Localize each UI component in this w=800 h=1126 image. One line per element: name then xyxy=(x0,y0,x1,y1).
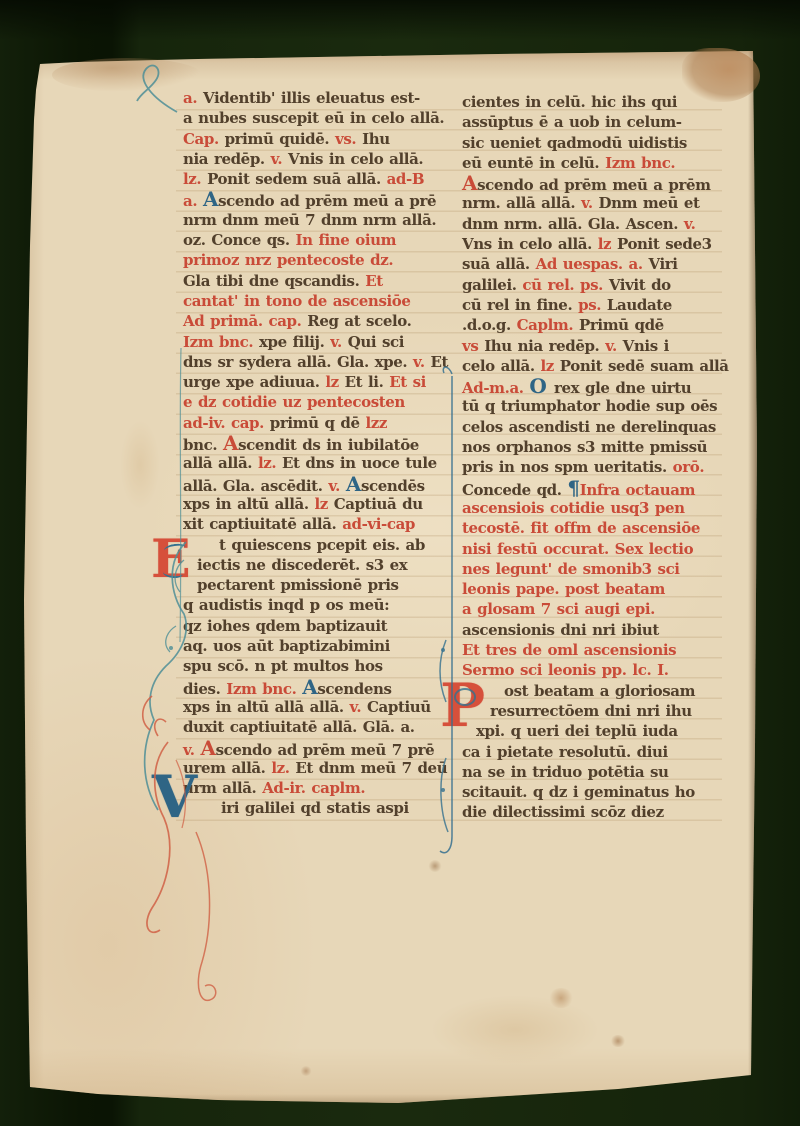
stain-middle xyxy=(428,860,442,872)
inline-initial: A xyxy=(203,187,218,211)
text-segment: Ad primā. cap. xyxy=(183,312,307,330)
manuscript-text-line: nrm. allā allā. v. Dnm meū et xyxy=(462,193,730,213)
text-segment: nisi festū occurat. Sex lectio xyxy=(462,540,693,558)
manuscript-text-line: Gla tibi dne qscandis. Et xyxy=(183,271,451,291)
text-segment: Ponit sedē suam allā xyxy=(560,357,729,375)
text-segment: celos ascendisti ne derelinquas xyxy=(462,418,716,436)
text-segment: Gla tibi dne qscandis. xyxy=(183,272,365,290)
text-segment: In fine oium xyxy=(296,231,397,249)
manuscript-text-line: cū rel in fine. ps. Laudate xyxy=(462,295,730,315)
manuscript-text-line: galilei. cū rel. ps. Vivit do xyxy=(462,275,730,295)
text-segment: duxit captiuitatē allā. Glā. a. xyxy=(183,718,415,736)
manuscript-text-line: Cap. primū quidē. vs. Ihu xyxy=(183,129,451,149)
text-segment: Videntib' illis eleuatus est- xyxy=(203,89,420,107)
text-segment: primū quidē. xyxy=(225,130,335,148)
manuscript-text-line: dns sr sydera allā. Gla. xpe. v. Et xyxy=(183,352,451,372)
manuscript-text-line: iectis ne discederēt. s3 ex xyxy=(183,555,451,575)
text-segment: dies. xyxy=(183,680,226,698)
text-segment: scendo ad prēm meū 7 prē xyxy=(216,741,435,759)
manuscript-text-line: die dilectissimi scōz diez xyxy=(462,802,730,822)
manuscript-text-line: tecostē. fit offm de ascensiōe xyxy=(462,518,730,538)
manuscript-text-line: e dz cotidie uz pentecosten xyxy=(183,392,451,412)
initial-letter: V xyxy=(152,763,197,831)
text-segment: Et xyxy=(365,272,383,290)
manuscript-text-line: v. Ascendo ad prēm meū 7 prē xyxy=(183,738,451,758)
manuscript-text-line: aq. uos aūt baptizabimini xyxy=(183,636,451,656)
manuscript-text-line: .d.o.g. Caplm. Primū qdē xyxy=(462,315,730,335)
text-segment: scendo ad prēm meū a prē xyxy=(218,192,436,210)
manuscript-text-line: nia redēp. v. Vnis in celo allā. xyxy=(183,149,451,169)
manuscript-text-line: na se in triduo potētia su xyxy=(462,762,730,782)
text-segment: vs xyxy=(462,337,484,355)
manuscript-text-line: vs Ihu nia redēp. v. Vnis i xyxy=(462,336,730,356)
manuscript-text-line: Ad primā. cap. Reg at scelo. xyxy=(183,311,451,331)
text-segment: v. xyxy=(605,337,622,355)
manuscript-text-line: ascensiois cotidie usq3 pen xyxy=(462,498,730,518)
manuscript-text-line: nrm dnm meū 7 dnm nrm allā. xyxy=(183,210,451,230)
manuscript-text-line: a. Ascendo ad prēm meū a prē xyxy=(183,189,451,209)
manuscript-text-line: Concede qd. ¶Infra octauam xyxy=(462,478,730,498)
manuscript-text-line: xps in altū allā allā. v. Captiuū xyxy=(183,697,451,717)
text-segment: Ponit sede3 xyxy=(617,235,712,253)
text-segment: Primū qdē xyxy=(579,316,664,334)
text-segment: Vns in celo allā. xyxy=(462,235,598,253)
manuscript-text-line: duxit captiuitatē allā. Glā. a. xyxy=(183,717,451,737)
text-segment: a. xyxy=(183,192,203,210)
manuscript-text-line: urm allā. Ad-ir. caplm. xyxy=(183,778,451,798)
text-segment: allā. Gla. ascēdit. xyxy=(183,477,328,495)
text-segment: Sermo sci leonis pp. lc. I. xyxy=(462,661,669,679)
penwork-detail-icon xyxy=(454,688,476,706)
text-segment: ascensionis dni nri ibiut xyxy=(462,621,659,639)
text-segment: v. xyxy=(183,741,200,759)
text-segment: Caplm. xyxy=(517,316,579,334)
inline-initial: A xyxy=(223,431,238,455)
text-segment: ost beatam a gloriosam xyxy=(504,682,695,700)
text-segment: Ad uespas. a. xyxy=(536,255,649,273)
text-segment: v. xyxy=(350,698,367,716)
text-segment: v. xyxy=(413,353,430,371)
text-segment: nos orphanos s3 mitte pmissū xyxy=(462,438,707,456)
text-segment: scendens xyxy=(317,680,391,698)
text-segment: ad-B xyxy=(387,170,425,188)
text-segment: xit captiuitatē allā. xyxy=(183,515,342,533)
text-segment: lz xyxy=(598,235,617,253)
manuscript-text-line: xps in altū allā. lz Captiuā du xyxy=(183,494,451,514)
text-segment: cū rel in fine. xyxy=(462,296,578,314)
manuscript-text-line: allā allā. lz. Et dns in uoce tule xyxy=(183,453,451,473)
inline-initial: O xyxy=(529,374,554,398)
text-segment: vs. xyxy=(335,130,362,148)
manuscript-text-line: Ad-m.a. O rex gle dne uirtu xyxy=(462,376,730,396)
manuscript-text-line: nes legunt' de smonib3 sci xyxy=(462,559,730,579)
manuscript-text-line: primoz nrz pentecoste dz. xyxy=(183,250,451,270)
initial-letter: P xyxy=(440,671,485,741)
manuscript-text-line: ca i pietate resolutū. diui xyxy=(462,742,730,762)
text-segment: resurrectōem dni nri ihu xyxy=(490,702,692,720)
manuscript-text-line: cantat' in tono de ascensiōe xyxy=(183,291,451,311)
stain-bottom-wide xyxy=(430,995,600,1065)
inline-initial: A xyxy=(462,171,477,195)
manuscript-text-line: a nubes suscepit eū in celo allā. xyxy=(183,108,451,128)
text-segment: nia redēp. xyxy=(183,150,271,168)
manuscript-text-line: pris in nos spm ueritatis. orō. xyxy=(462,457,730,477)
stain-bottom-3 xyxy=(300,1066,312,1076)
text-segment: allā allā. xyxy=(183,454,258,472)
manuscript-text-line: a glosam 7 sci augi epi. xyxy=(462,599,730,619)
decorated-initial-V: V xyxy=(152,768,197,826)
text-segment: primū q dē xyxy=(270,414,366,432)
page-bottom-edge-shade xyxy=(18,1094,758,1108)
stain-bottom-2 xyxy=(610,1035,626,1047)
text-segment: na se in triduo potētia su xyxy=(462,763,669,781)
text-segment: Ihu xyxy=(362,130,390,148)
text-segment: Dnm meū et xyxy=(599,194,700,212)
manuscript-text-line: bnc. Ascendit ds in iubilatōe xyxy=(183,433,451,453)
text-segment: lz xyxy=(325,373,344,391)
text-segment: Ad-ir. caplm. xyxy=(262,779,365,797)
text-segment: lz xyxy=(540,357,559,375)
manuscript-text-line: Vns in celo allā. lz Ponit sede3 xyxy=(462,234,730,254)
text-segment: scendo ad prēm meū a prēm xyxy=(477,176,711,194)
text-segment: v. xyxy=(581,194,598,212)
text-segment: Reg at scelo. xyxy=(307,312,411,330)
manuscript-text-line: ost beatam a gloriosam xyxy=(462,681,730,701)
manuscript-text-line: urge xpe adiuua. lz Et li. Et si xyxy=(183,372,451,392)
text-segment: ad-iv. cap. xyxy=(183,414,270,432)
text-segment: nrm. allā allā. xyxy=(462,194,581,212)
text-segment: Vnis in celo allā. xyxy=(288,150,423,168)
manuscript-text-line: allā. Gla. ascēdit. v. Ascendēs xyxy=(183,474,451,494)
text-segment: ascensiois cotidie usq3 pen xyxy=(462,499,685,517)
text-segment: Ponit sedem suā allā. xyxy=(207,170,387,188)
manuscript-text-line: dnm nrm. allā. Gla. Ascen. v. xyxy=(462,214,730,234)
text-segment: Izm bnc. xyxy=(183,333,259,351)
text-segment: celo allā. xyxy=(462,357,540,375)
text-segment: v. xyxy=(271,150,288,168)
text-segment: Et li. xyxy=(345,373,390,391)
inline-initial: A xyxy=(200,736,215,760)
text-segment: xps in altū allā. xyxy=(183,495,314,513)
text-segment: primoz nrz pentecoste dz. xyxy=(183,251,393,269)
text-segment: ca i pietate resolutū. diui xyxy=(462,743,668,761)
text-segment: a glosam 7 sci augi epi. xyxy=(462,600,655,618)
text-segment: aq. uos aūt baptizabimini xyxy=(183,637,390,655)
text-segment: Et xyxy=(431,353,449,371)
text-segment: rex gle dne uirtu xyxy=(554,379,691,397)
manuscript-text-line: eū euntē in celū. Izm bnc. xyxy=(462,153,730,173)
manuscript-text-line: scitauit. q dz i geminatus ho xyxy=(462,782,730,802)
text-segment: Concede qd. xyxy=(462,481,567,499)
manuscript-text-line: urem allā. lz. Et dnm meū 7 deū xyxy=(183,758,451,778)
manuscript-text-line: xpi. q ueri dei teplū iuda xyxy=(462,721,730,741)
manuscript-text-line: a. Videntib' illis eleuatus est- xyxy=(183,88,451,108)
text-segment: die dilectissimi scōz diez xyxy=(462,803,664,821)
manuscript-text-line: Et tres de oml ascensionis xyxy=(462,640,730,660)
manuscript-text-line: leonis pape. post beatam xyxy=(462,579,730,599)
text-segment: iectis ne discederēt. s3 ex xyxy=(197,556,407,574)
text-segment: orō. xyxy=(673,458,705,476)
text-segment: dns sr sydera allā. Gla. xpe. xyxy=(183,353,413,371)
text-segment: sic ueniet qadmodū uidistis xyxy=(462,134,687,152)
text-segment: Laudate xyxy=(607,296,672,314)
text-segment: a nubes suscepit eū in celo allā. xyxy=(183,109,444,127)
manuscript-text-line: spu scō. n pt multos hos xyxy=(183,656,451,676)
text-segment: v. xyxy=(330,333,347,351)
manuscript-text-line: ascensionis dni nri ibiut xyxy=(462,620,730,640)
text-segment: galilei. xyxy=(462,276,522,294)
text-segment: ad-vi-cap xyxy=(342,515,415,533)
manuscript-text-line: iri galilei qd statis aspi xyxy=(183,798,451,818)
text-segment: tū q triumphator hodie sup oēs xyxy=(462,397,717,415)
top-shadow xyxy=(0,0,800,40)
manuscript-text-line: ad-iv. cap. primū q dē lzz xyxy=(183,413,451,433)
manuscript-text-line: resurrectōem dni nri ihu xyxy=(462,701,730,721)
manuscript-text-line: sic ueniet qadmodū uidistis xyxy=(462,133,730,153)
manuscript-text-line: nos orphanos s3 mitte pmissū xyxy=(462,437,730,457)
manuscript-text-line: pectarent pmissionē pris xyxy=(183,575,451,595)
text-segment: assūptus ē a uob in celum- xyxy=(462,113,682,131)
text-segment: Captiuū xyxy=(367,698,431,716)
manuscript-text-line: Izm bnc. xpe filij. v. Qui sci xyxy=(183,332,451,352)
text-segment: Et dns in uoce tule xyxy=(282,454,437,472)
manuscript-text-line: q audistis inqd p os meū: xyxy=(183,595,451,615)
text-segment: Cap. xyxy=(183,130,225,148)
text-segment: Et tres de oml ascensionis xyxy=(462,641,676,659)
stain-left-margin xyxy=(120,420,160,510)
text-segment: xpe filij. xyxy=(259,333,330,351)
text-segment: bnc. xyxy=(183,436,223,454)
left-text-column: a. Videntib' illis eleuatus est-a nubes … xyxy=(183,88,451,819)
decorated-initial-P: P xyxy=(440,676,485,736)
manuscript-text-line: dies. Izm bnc. Ascendens xyxy=(183,677,451,697)
text-segment: Vivit do xyxy=(609,276,671,294)
text-segment: v. xyxy=(684,215,696,233)
text-segment: lz. xyxy=(271,759,295,777)
text-segment: scendēs xyxy=(361,477,425,495)
text-segment: nes legunt' de smonib3 sci xyxy=(462,560,680,578)
text-segment: leonis pape. post beatam xyxy=(462,580,665,598)
manuscript-text-line: qz iohes qdem baptizauit xyxy=(183,616,451,636)
text-segment: a. xyxy=(183,89,203,107)
text-segment: cantat' in tono de ascensiōe xyxy=(183,292,411,310)
manuscript-text-line: lz. Ponit sedem suā allā. ad-B xyxy=(183,169,451,189)
text-segment: dnm nrm. allā. Gla. Ascen. xyxy=(462,215,684,233)
text-segment: lz xyxy=(314,495,333,513)
inline-initial: A xyxy=(302,675,317,699)
text-segment: Et dnm meū 7 deū xyxy=(295,759,447,777)
manuscript-text-line: nisi festū occurat. Sex lectio xyxy=(462,539,730,559)
inline-initial: ¶ xyxy=(567,476,579,500)
text-segment: Infra octauam xyxy=(580,481,695,499)
decorated-initial-E: E xyxy=(151,534,191,586)
manuscript-text-line: tū q triumphator hodie sup oēs xyxy=(462,396,730,416)
text-segment: Vnis i xyxy=(623,337,669,355)
text-segment: Ihu nia redēp. xyxy=(484,337,605,355)
text-segment: nrm dnm meū 7 dnm nrm allā. xyxy=(183,211,436,229)
text-segment: Ad-m.a. xyxy=(462,379,529,397)
text-segment: urge xpe adiuua. xyxy=(183,373,325,391)
text-segment: pris in nos spm ueritatis. xyxy=(462,458,673,476)
manuscript-text-line: Sermo sci leonis pp. lc. I. xyxy=(462,660,730,680)
text-segment: iri galilei qd statis aspi xyxy=(221,799,409,817)
text-segment: Viri xyxy=(648,255,677,273)
text-segment: xps in altū allā allā. xyxy=(183,698,350,716)
text-segment: tecostē. fit offm de ascensiōe xyxy=(462,519,700,537)
text-segment: scitauit. q dz i geminatus ho xyxy=(462,783,695,801)
text-segment: lz. xyxy=(183,170,207,188)
text-segment: ps. xyxy=(578,296,607,314)
text-segment: spu scō. n pt multos hos xyxy=(183,657,383,675)
text-segment: .d.o.g. xyxy=(462,316,517,334)
text-segment: e dz cotidie uz pentecosten xyxy=(183,393,405,411)
text-segment: lz. xyxy=(258,454,282,472)
text-segment: Izm bnc. xyxy=(605,154,675,172)
text-segment: q audistis inqd p os meū: xyxy=(183,596,389,614)
manuscript-text-line: xit captiuitatē allā. ad-vi-cap xyxy=(183,514,451,534)
manuscript-photo-scene: a. Videntib' illis eleuatus est-a nubes … xyxy=(0,0,800,1126)
manuscript-text-line: t quiescens pcepit eis. ab xyxy=(183,535,451,555)
manuscript-text-line: Ascendo ad prēm meū a prēm xyxy=(462,173,730,193)
text-segment: qz iohes qdem baptizauit xyxy=(183,617,387,635)
manuscript-text-line: celos ascendisti ne derelinquas xyxy=(462,417,730,437)
text-segment: Qui sci xyxy=(348,333,404,351)
stain-top-left xyxy=(52,58,202,92)
text-segment: Captiuā du xyxy=(334,495,423,513)
text-segment: eū euntē in celū. xyxy=(462,154,605,172)
text-segment: xpi. q ueri dei teplū iuda xyxy=(476,722,678,740)
manuscript-text-line: cientes in celū. hic ihs qui xyxy=(462,92,730,112)
text-segment: t quiescens pcepit eis. ab xyxy=(219,536,425,554)
text-segment: oz. Conce qs. xyxy=(183,231,296,249)
text-segment: scendit ds in iubilatōe xyxy=(238,436,419,454)
manuscript-text-line: oz. Conce qs. In fine oium xyxy=(183,230,451,250)
text-segment: cientes in celū. hic ihs qui xyxy=(462,93,677,111)
inline-initial: A xyxy=(346,472,361,496)
text-segment: lzz xyxy=(365,414,387,432)
initial-letter: E xyxy=(151,529,191,590)
text-segment: Izm bnc. xyxy=(226,680,302,698)
manuscript-text-line: suā allā. Ad uespas. a. Viri xyxy=(462,254,730,274)
manuscript-text-line: assūptus ē a uob in celum- xyxy=(462,112,730,132)
text-segment: suā allā. xyxy=(462,255,536,273)
text-segment: v. xyxy=(328,477,345,495)
text-segment: cū rel. ps. xyxy=(522,276,608,294)
text-segment: Et si xyxy=(389,373,426,391)
text-segment: pectarent pmissionē pris xyxy=(197,576,399,594)
right-text-column: cientes in celū. hic ihs quiassūptus ē a… xyxy=(462,92,730,823)
manuscript-text-line: celo allā. lz Ponit sedē suam allā xyxy=(462,356,730,376)
